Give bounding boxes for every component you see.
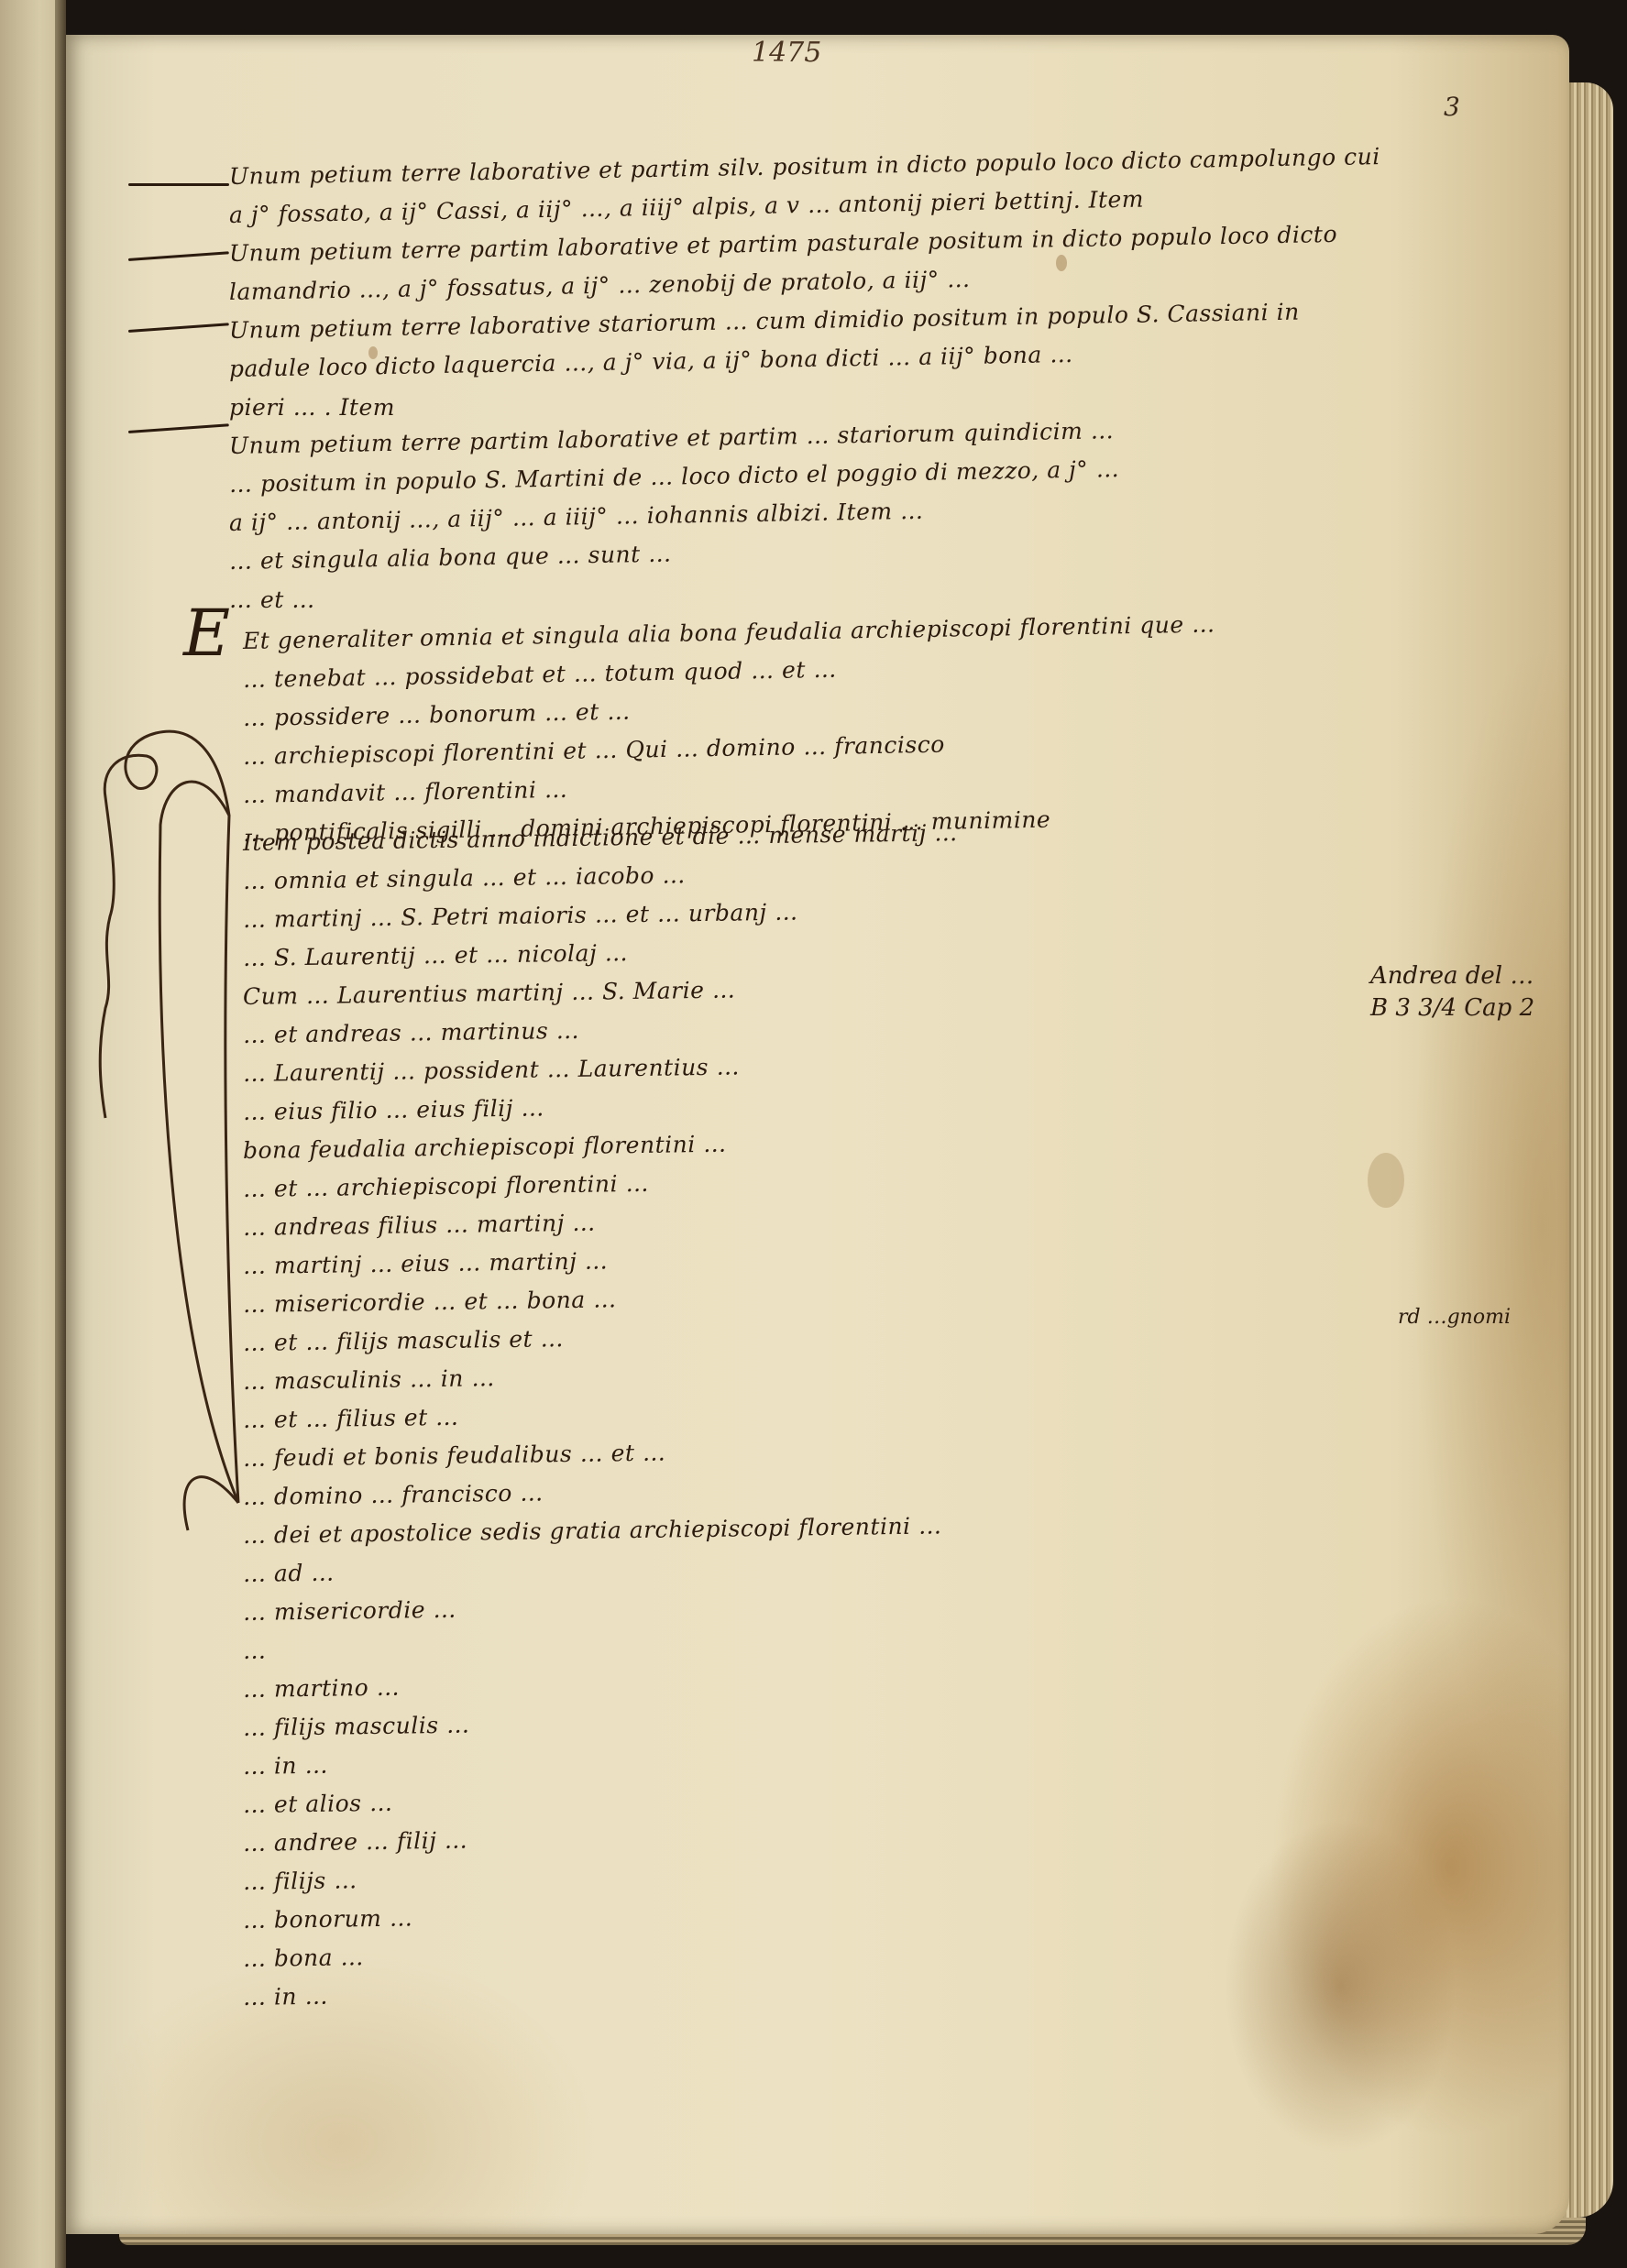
text-line: … misericordie … <box>243 1596 456 1626</box>
text-line: … eius filio … eius filij … <box>243 1094 544 1125</box>
text-line: … andreas filius … martinj … <box>243 1210 596 1241</box>
text-line: … misericordie … et … bona … <box>243 1286 617 1318</box>
text-line: … et … archiepiscopi florentini … <box>243 1170 649 1202</box>
decorated-initial: E <box>183 596 230 671</box>
text-line: … andree … filij … <box>243 1827 468 1857</box>
stain <box>1368 1153 1404 1208</box>
adjacent-left-page <box>0 0 66 2268</box>
text-line: … filijs … <box>243 1867 357 1895</box>
text-line: … bona … <box>243 1944 364 1972</box>
decorated-initial-flourish <box>82 706 266 1622</box>
text-line: … martino … <box>243 1674 401 1703</box>
text-line: … <box>243 1638 267 1664</box>
text-line: … in … <box>243 1752 328 1780</box>
text-line: … domino … francisco … <box>243 1479 544 1510</box>
text-line: … S. Laurentij … et … nicolaj … <box>243 939 629 971</box>
text-line: … et … filius et … <box>243 1404 459 1433</box>
text-line: … filijs masculis … <box>243 1712 470 1741</box>
text-line: … martinj … eius … martinj … <box>243 1247 609 1279</box>
margin-note-lower: rd …gnomi <box>1398 1306 1511 1329</box>
foxing-spot <box>1056 255 1067 271</box>
margin-note-reference: B 3 3/4 Cap 2 <box>1370 994 1534 1022</box>
text-line: … masculinis … in … <box>243 1364 495 1395</box>
text-line: … et … filijs masculis et … <box>243 1325 564 1356</box>
year-heading: 1475 <box>752 37 821 69</box>
margin-note-name: Andrea del … <box>1370 962 1534 990</box>
folio-number: 3 <box>1444 92 1460 122</box>
text-line: … mandavit … florentini … <box>243 776 568 808</box>
text-line: … et alios … <box>243 1790 393 1818</box>
text-line: … et andreas … martinus … <box>243 1017 580 1048</box>
text-line: … et … <box>229 586 315 613</box>
margin-rule <box>128 183 229 186</box>
text-line: pieri … . Item <box>229 394 395 421</box>
text-line: … bonorum … <box>243 1904 413 1934</box>
text-line: … ad … <box>243 1560 335 1587</box>
left-page-edge <box>55 0 66 2268</box>
text-line: … in … <box>243 1983 328 2011</box>
